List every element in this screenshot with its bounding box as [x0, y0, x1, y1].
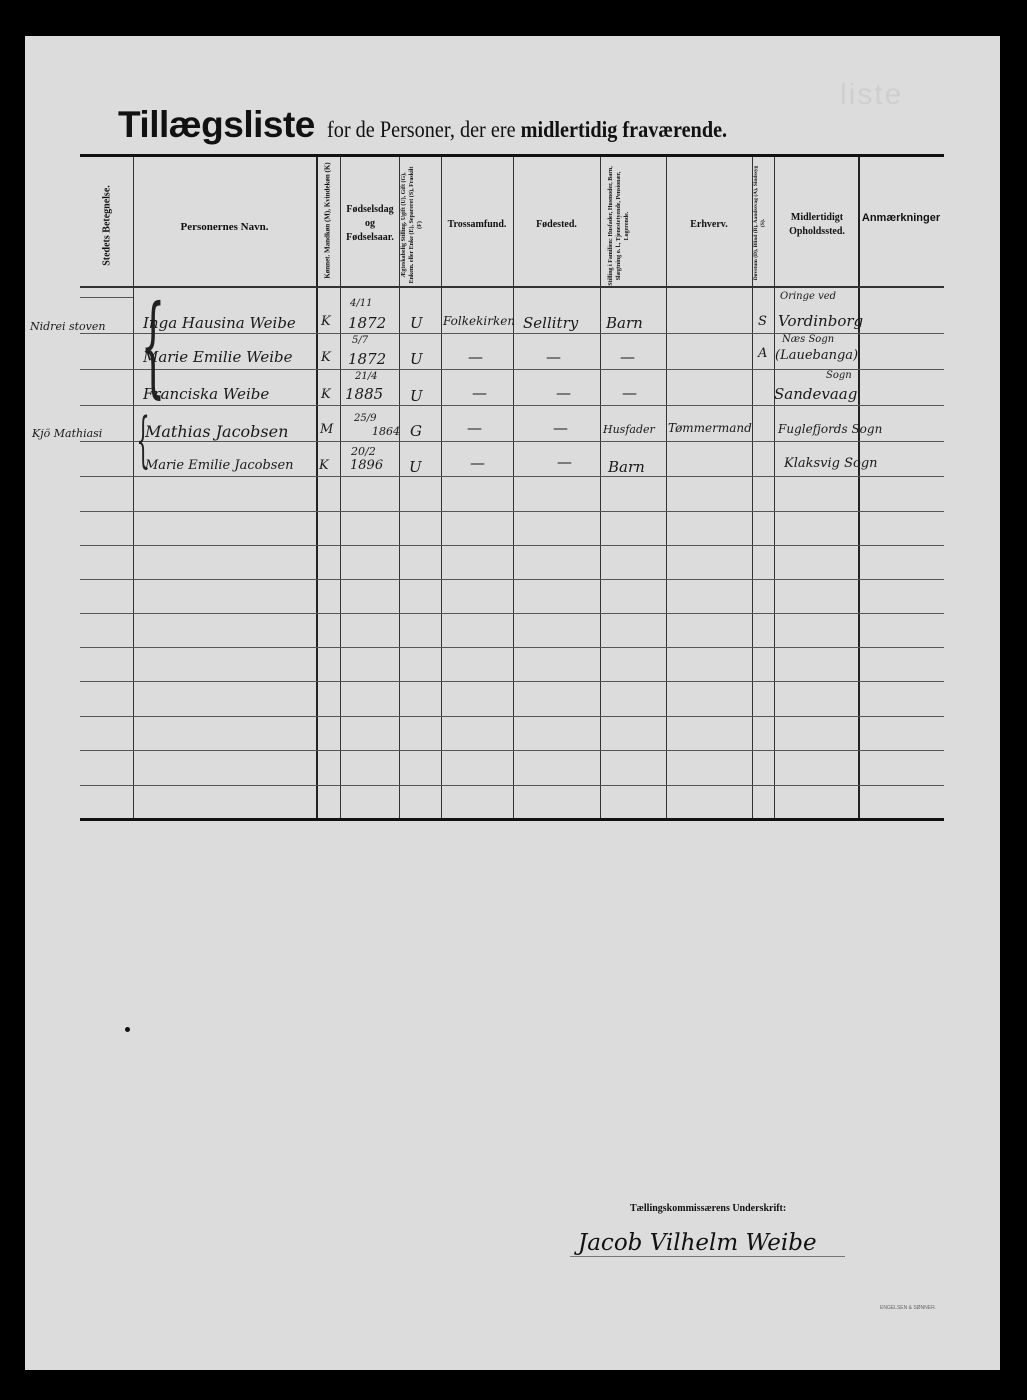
header-remarks: Anmærkninger: [858, 212, 944, 224]
header-name: Personernes Navn.: [133, 221, 316, 233]
person-name: Marie Emilie Weibe: [143, 348, 292, 366]
sex: K: [321, 387, 331, 402]
family-position: —: [622, 384, 637, 402]
table-top-rule: [80, 154, 944, 157]
place-label: Kjö Mathiasi: [32, 427, 102, 440]
printer-mark: ENGELSEN & SØNNER.: [880, 1305, 936, 1311]
family-position: Husfader: [603, 423, 655, 436]
family-position: Barn: [606, 314, 643, 332]
birthplace: Sellitry: [523, 314, 578, 332]
marital-status: U: [410, 314, 423, 332]
header-occupation: Erhverv.: [666, 219, 752, 230]
birthplace: —: [546, 348, 561, 366]
religion: —: [468, 348, 483, 366]
religion: —: [470, 454, 485, 472]
header-marital: Ægteskabelig Stilling. Ugift (U), Gift (…: [400, 165, 440, 285]
religion: —: [467, 419, 482, 437]
brace-group-1: {: [141, 290, 166, 400]
sex: K: [319, 458, 329, 473]
subtitle-plain: for de Personer, der ere: [327, 117, 516, 142]
birthplace: —: [557, 453, 572, 471]
signature-label: Tællingskommissærens Underskrift:: [630, 1203, 786, 1214]
header-sex: Kønnet. Mandkøn (M), Kvindekøn (K): [324, 161, 333, 281]
religion: —: [472, 384, 487, 402]
marital-status: U: [410, 350, 423, 368]
marital-status: U: [410, 387, 423, 405]
birth-day: 25/9: [354, 413, 376, 424]
title-main: Tillægsliste: [118, 104, 315, 145]
marital-status: G: [410, 422, 422, 440]
birth-day: 5/7: [352, 335, 368, 346]
marital-status: U: [409, 458, 422, 476]
birth-year: 1864: [372, 425, 400, 438]
birth-year: 1872: [348, 350, 386, 368]
birthplace: —: [556, 384, 571, 402]
person-name: Inga Hausina Weibe: [143, 314, 296, 332]
header-place: Stedets Betegnelse.: [102, 166, 113, 286]
header-temp-residence: Midlertidigt Opholdssted.: [776, 211, 858, 239]
temp-residence-note: Oringe ved: [780, 291, 836, 302]
header-birth: Fødselsdag og Fødselsaar.: [341, 203, 399, 245]
temp-residence: Fuglefjords Sogn: [778, 422, 882, 436]
religion: Folkekirken: [443, 314, 515, 328]
disability: A: [758, 346, 767, 361]
occupation: Tømmermand: [668, 421, 752, 435]
temp-residence: (Lauebanga): [775, 348, 858, 363]
birth-year: 1885: [345, 385, 383, 403]
birthplace: —: [553, 419, 568, 437]
birth-day: 21/4: [355, 371, 377, 382]
ink-spot: [125, 1027, 130, 1032]
signature: Jacob Vilhelm Weibe: [578, 1230, 817, 1256]
birth-day: 20/2: [351, 445, 376, 458]
sex: K: [321, 350, 331, 365]
person-name: Franciska Weibe: [143, 385, 269, 403]
header-birthplace: Fødested.: [513, 219, 600, 230]
birth-day: 4/11: [350, 298, 372, 309]
person-name: Mathias Jacobsen: [145, 422, 288, 441]
disability: S: [758, 314, 767, 329]
header-family-position: Stilling i Familien: Husfader, Husmoder,…: [607, 166, 659, 286]
table-bottom-rule: [80, 818, 944, 821]
temp-residence-note: Næs Sogn: [782, 334, 834, 345]
signature-line: [570, 1256, 845, 1257]
person-name: Marie Emilie Jacobsen: [145, 458, 294, 473]
subtitle-bold: midlertidig fraværende.: [521, 117, 727, 142]
temp-residence: Vordinborg: [778, 312, 863, 330]
sex: M: [320, 422, 333, 437]
title-subtitle: for de Personer, der ere midlertidig fra…: [327, 117, 727, 143]
sex: K: [321, 314, 331, 329]
header-disability: Døvstum (D), Blind (B), Aandssvag (A), S…: [753, 163, 773, 283]
header-religion: Trossamfund.: [441, 219, 513, 230]
temp-residence-note: Sogn: [826, 370, 852, 381]
place-label: Nidrei stoven: [30, 320, 105, 333]
temp-residence: Sandevaag: [774, 385, 857, 403]
form-title: Tillægsliste for de Personer, der ere mi…: [118, 104, 782, 146]
birth-year: 1872: [348, 314, 386, 332]
family-position: Barn: [608, 458, 645, 476]
birth-year: 1896: [350, 458, 383, 473]
temp-residence: Klaksvig Sogn: [784, 456, 878, 471]
family-position: —: [620, 348, 635, 366]
bleed-through-text: liste: [840, 78, 903, 112]
